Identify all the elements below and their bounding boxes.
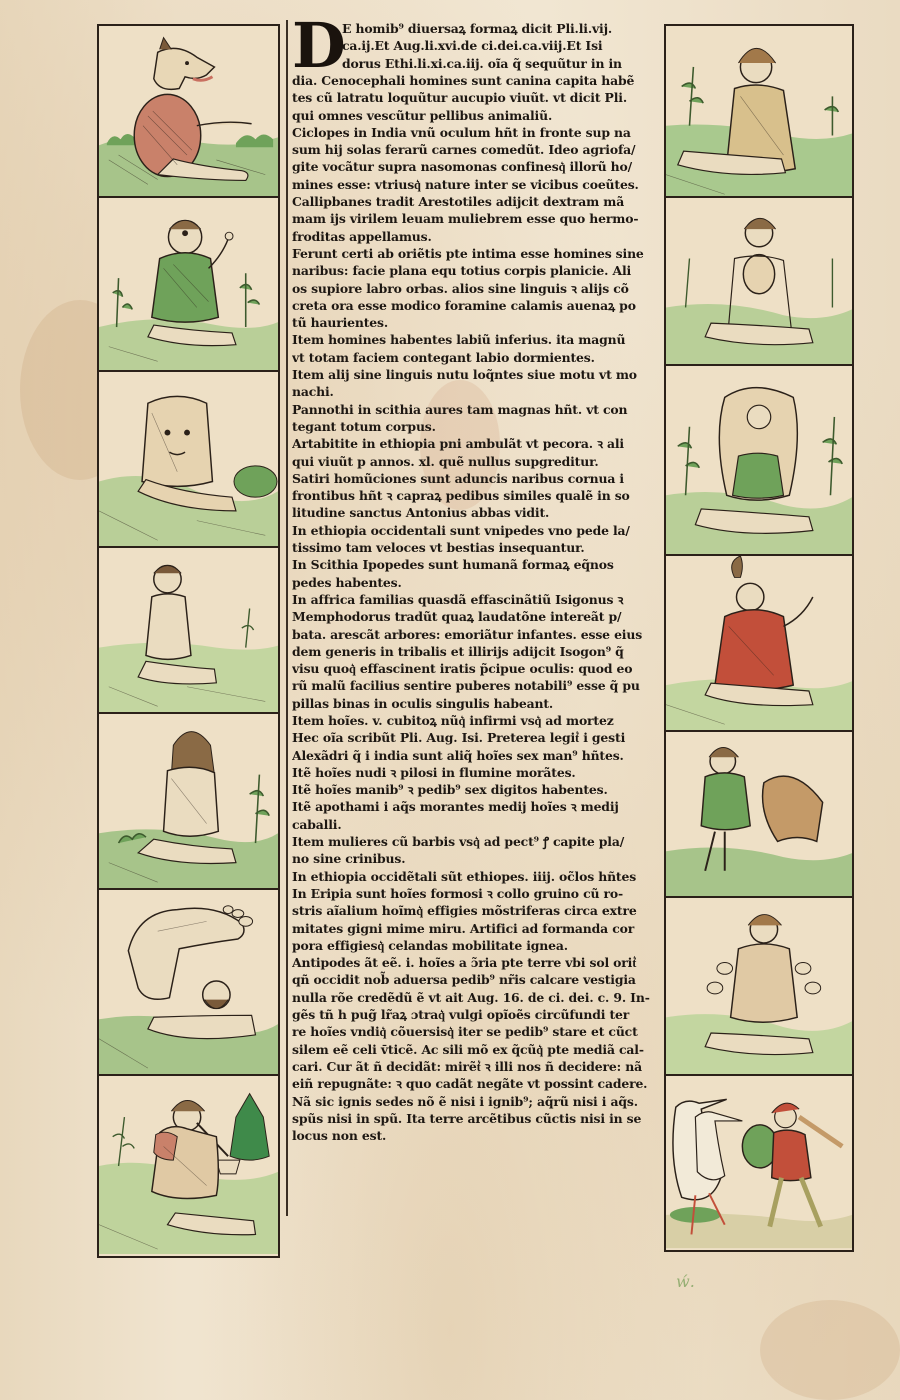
text-line: caballi. xyxy=(292,816,658,833)
woodcut-panel-hippopod xyxy=(664,730,854,900)
hermaphrodite-illustration xyxy=(99,548,278,714)
text-line: gite vocãtur supra nasomonas confinesq͛ … xyxy=(292,158,658,175)
woodcut-panel-cynocephalus xyxy=(97,24,280,200)
cynocephalus-illustration xyxy=(99,26,278,198)
text-column-rule xyxy=(286,20,288,1216)
woodcut-panel-hermaphrodite xyxy=(97,546,280,716)
text-line: froditas appellamus. xyxy=(292,228,658,245)
six-hands-illustration xyxy=(666,898,852,1076)
text-line: ca.ij.Et Aug.li.xvi.de ci.dei.ca.viij.Et… xyxy=(342,37,658,54)
text-line: rũ malũ facilius sentire puberes notabil… xyxy=(292,677,658,694)
text-line: dia. Cenocephali homines sunt canina cap… xyxy=(292,72,658,89)
text-line: Itẽ hoĩes nudi ꝛ pilosi in flumine morãt… xyxy=(292,764,658,781)
text-line: silem eẽ celi v̄ticẽ. Ac sili mõ ex q̃cũ… xyxy=(292,1041,658,1058)
text-line: cari. Cur ãt ñ decidãt: mirẽt͛ ꝛ illi no… xyxy=(292,1058,658,1075)
text-line: dem generis in tribalis et illirijs adij… xyxy=(292,643,658,660)
text-line: Item hoĩes. v. cubitoꝝ nũq͛ infirmi vsq͛… xyxy=(292,712,658,729)
text-line: pillas binas in oculis singulis habeant. xyxy=(292,695,658,712)
woodcut-panel-cyclops xyxy=(97,196,280,374)
text-line: Artabitite in ethiopia pni ambulãt vt pe… xyxy=(292,435,658,452)
text-line: Antipodes ãt eẽ. i. hoĩes a ɔ̃ria pte te… xyxy=(292,954,658,971)
text-line: pedes habentes. xyxy=(292,574,658,591)
text-line: naribus: facie plana equ totius corpis p… xyxy=(292,262,658,279)
woodcut-panel-six-hands xyxy=(664,896,854,1078)
text-line: stris aĩalium hoĩmq͛ effigies mõstrifera… xyxy=(292,902,658,919)
text-line: Ciclopes in India vnũ oculum hñt in fron… xyxy=(292,124,658,141)
woodcut-panel-big-lip xyxy=(664,24,854,200)
text-line: Alexãdri q̃ i india sunt aliq̃ hoĩes sex… xyxy=(292,747,658,764)
lip-cover-illustration xyxy=(666,198,852,366)
text-line: Itẽ hoĩes manib⁹ ꝛ pedib⁹ sex digitos ha… xyxy=(292,781,658,798)
manuscript-page: D E homib⁹ diuersaꝝ formaꝝ dicit Pli.li.… xyxy=(0,0,900,1400)
text-line: mam ijs virilem leuam muliebrem esse quo… xyxy=(292,210,658,227)
woodcut-panel-reed-drinker xyxy=(97,1074,280,1258)
text-line: In Scithia Ipopedes sunt humanã formaꝝ e… xyxy=(292,556,658,573)
text-line: mitates gigni mime miru. Artifici ad for… xyxy=(292,920,658,937)
woodcut-panel-hairy-figure xyxy=(97,712,280,892)
woodcut-panel-sciapod xyxy=(97,888,280,1078)
woodcut-panel-blemmyae xyxy=(97,370,280,550)
woodcut-panel-pygmy-cranes xyxy=(664,1074,854,1252)
reed-drinker-illustration xyxy=(99,1076,278,1256)
text-line: In Eripia sunt hoĩes formosi ꝛ collo gru… xyxy=(292,885,658,902)
text-line: qui viuũt p annos. xl. quẽ nullus supgre… xyxy=(292,453,658,470)
text-line: vt totam faciem contegant labio dormient… xyxy=(292,349,658,366)
text-line: tũ haurientes. xyxy=(292,314,658,331)
decorated-initial: D xyxy=(292,20,338,72)
text-line: qñ occidit nob̃ aduersa pedib⁹ nr̃is cal… xyxy=(292,971,658,988)
text-line: Item mulieres cũ barbis vsq͛ ad pect⁹ ꝭ … xyxy=(292,833,658,850)
text-line: qui omnes vescũtur pellibus animaliũ. xyxy=(292,107,658,124)
text-line: locus non est. xyxy=(292,1127,658,1144)
sciapod-illustration xyxy=(99,890,278,1076)
text-line: os supiore labro orbas. alios sine lingu… xyxy=(292,280,658,297)
text-line: eiñ repugnãte: ꝛ quo cadãt negãte vt pos… xyxy=(292,1075,658,1092)
text-line: E homib⁹ diuersaꝝ formaꝝ dicit Pli.li.vi… xyxy=(342,20,658,37)
text-line: creta ora esse modico foramine calamis a… xyxy=(292,297,658,314)
text-line: Memphodorus tradũt quaꝝ laudatõne intere… xyxy=(292,608,658,625)
green-marginalia: ẃ. xyxy=(676,1272,695,1291)
text-line: Item alij sine linguis nutu loq̃ntes siu… xyxy=(292,366,658,383)
text-line: Pannothi in scithia aures tam magnas hñt… xyxy=(292,401,658,418)
text-line: Nã sic ignis sedes nõ ẽ nisi i ignib⁹; a… xyxy=(292,1093,658,1110)
text-line: In ethiopia occidentali sunt vnipedes vn… xyxy=(292,522,658,539)
text-line: nachi. xyxy=(292,383,658,400)
text-line: Callipbanes tradit Arestotiles adijcit d… xyxy=(292,193,658,210)
text-line: Satiri homũciones sunt aduncis naribus c… xyxy=(292,470,658,487)
hairy-figure-illustration xyxy=(99,714,278,890)
satyr-illustration xyxy=(666,556,852,732)
text-line: Hec oĩa scribũt Pli. Aug. Isi. Preterea … xyxy=(292,729,658,746)
text-line: In ethiopia occidẽtali sũt ethiopes. iii… xyxy=(292,868,658,885)
paper-stain xyxy=(760,1300,900,1400)
text-line: visu quoq͛ effascinent iratis p̃cipue oc… xyxy=(292,660,658,677)
text-line: tes cũ latratu loquũtur aucupio viuũt. v… xyxy=(292,89,658,106)
text-line: tegant totum corpus. xyxy=(292,418,658,435)
pygmy-cranes-illustration xyxy=(666,1076,852,1250)
text-line: frontibus hñt ꝛ capraꝝ pedibus similes q… xyxy=(292,487,658,504)
text-line: Item homines habentes labiũ inferius. it… xyxy=(292,331,658,348)
text-line: mines esse: vtriusq͛ nature inter se vic… xyxy=(292,176,658,193)
text-line: gẽs tñ h pug̃ lr̃aꝝ ɔtraq͛ vulgi opĩoẽs … xyxy=(292,1006,658,1023)
woodcut-panel-satyr xyxy=(664,554,854,734)
text-line: pora effigiesq͛ celandas mobilitate igne… xyxy=(292,937,658,954)
text-line: tissimo tam veloces vt bestias insequant… xyxy=(292,539,658,556)
text-line: dorus Ethi.li.xi.ca.iij. oĩa q̃ sequũtur… xyxy=(342,55,658,72)
text-line: sum hij solas ferarũ carnes comedũt. Ide… xyxy=(292,141,658,158)
text-line: spũs nisi in spũ. Ita terre arcẽtibus cũ… xyxy=(292,1110,658,1127)
body-text-column: D E homib⁹ diuersaꝝ formaꝝ dicit Pli.li.… xyxy=(292,20,658,1144)
text-line: litudine sanctus Antonius abbas vidit. xyxy=(292,504,658,521)
cyclops-illustration xyxy=(99,198,278,372)
woodcut-panel-lip-cover xyxy=(664,196,854,368)
text-line: Ferunt certi ab oriẽtis pte intima esse … xyxy=(292,245,658,262)
panotii-illustration xyxy=(666,366,852,556)
text-line: no sine crinibus. xyxy=(292,850,658,867)
text-line: Itẽ apothami i aq̃s morantes medij hoĩes… xyxy=(292,798,658,815)
big-lip-illustration xyxy=(666,26,852,198)
text-line: re hoĩes vndiq͛ cõuersisq͛ iter se pedib… xyxy=(292,1023,658,1040)
text-line: In affrica familias quasdã effascinãtiũ … xyxy=(292,591,658,608)
woodcut-panel-panotii xyxy=(664,364,854,558)
hippopod-illustration xyxy=(666,732,852,898)
text-line: bata. arescãt arbores: emoriãtur infante… xyxy=(292,626,658,643)
text-line: nulla rõe credẽdũ ẽ vt ait Aug. 16. de c… xyxy=(292,989,658,1006)
blemmyae-illustration xyxy=(99,372,278,548)
